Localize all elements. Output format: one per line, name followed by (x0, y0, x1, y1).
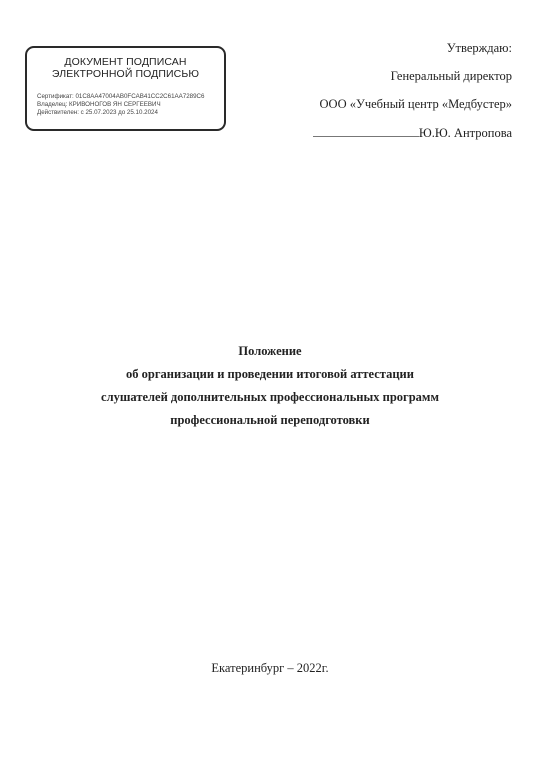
title-line2: слушателей дополнительных профессиональн… (0, 389, 540, 412)
stamp-certificate: Сертификат: 01C8AA47004AB0FCAB41CC2C61AA… (37, 93, 204, 101)
document-title: Положение об организации и проведении ит… (0, 343, 540, 435)
stamp-owner: Владелец: КРИВОНОГОВ ЯН СЕРГЕЕВИЧ (37, 101, 204, 109)
approver-organization: ООО «Учебный центр «Медбустер» (313, 96, 512, 124)
stamp-details: Сертификат: 01C8AA47004AB0FCAB41CC2C61AA… (37, 93, 204, 117)
stamp-title: ДОКУМЕНТ ПОДПИСАН ЭЛЕКТРОННОЙ ПОДПИСЬЮ (27, 56, 224, 80)
stamp-title-line1: ДОКУМЕНТ ПОДПИСАН (27, 56, 224, 68)
approver-position: Генеральный директор (313, 68, 512, 96)
approval-block: Утверждаю: Генеральный директор ООО «Уче… (313, 40, 512, 152)
title-line1: об организации и проведении итоговой атт… (0, 366, 540, 389)
signature-line (313, 124, 419, 137)
signatory-name: Ю.Ю. Антропова (419, 126, 512, 140)
signature-row: Ю.Ю. Антропова (313, 124, 512, 152)
city-year-footer: Екатеринбург – 2022г. (0, 661, 540, 676)
stamp-validity: Действителен: с 25.07.2023 до 25.10.2024 (37, 109, 204, 117)
electronic-signature-stamp: ДОКУМЕНТ ПОДПИСАН ЭЛЕКТРОННОЙ ПОДПИСЬЮ С… (25, 46, 226, 131)
title-heading: Положение (0, 343, 540, 366)
title-line3: профессиональной переподготовки (0, 412, 540, 435)
approve-label: Утверждаю: (313, 40, 512, 68)
stamp-title-line2: ЭЛЕКТРОННОЙ ПОДПИСЬЮ (27, 68, 224, 80)
